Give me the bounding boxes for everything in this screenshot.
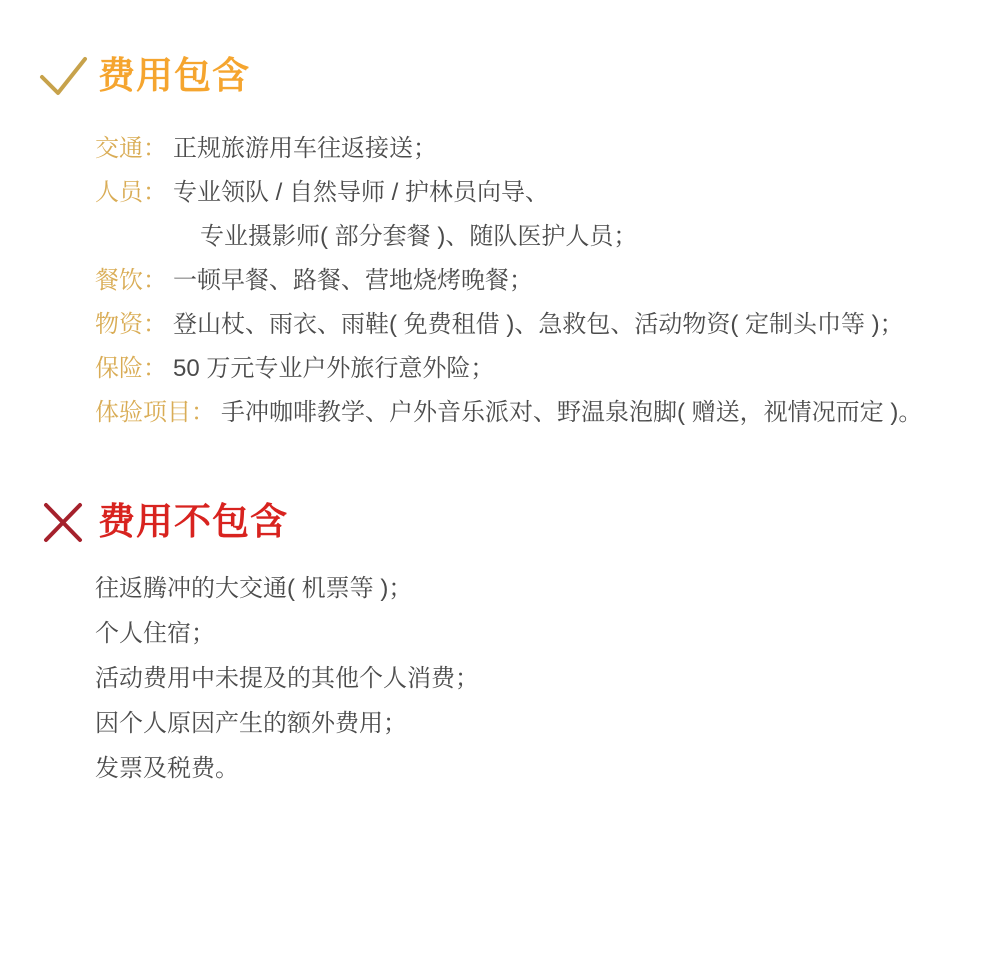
fee-details-page: 费用包含 交通：正规旅游用车往返接送； 人员：专业领队 / 自然导师 / 护林员… <box>0 0 1000 966</box>
fees-included-title: 费用包含 <box>98 52 250 100</box>
fees-included-list: 交通：正规旅游用车往返接送； 人员：专业领队 / 自然导师 / 护林员向导、 专… <box>95 134 960 428</box>
item-text: 50 万元专业户外旅行意外险； <box>173 355 494 382</box>
list-item: 发票及税费。 <box>95 754 960 784</box>
item-text: 登山杖、雨衣、雨鞋( 免费租借 )、急救包、活动物资( 定制头巾等 )； <box>173 311 904 338</box>
list-item: 往返腾冲的大交通( 机票等 )； <box>95 574 960 604</box>
list-item: 活动费用中未提及的其他个人消费； <box>95 664 960 694</box>
item-label: 保险： <box>95 355 167 382</box>
fees-excluded-title: 费用不包含 <box>98 498 288 546</box>
item-label: 人员： <box>95 179 167 206</box>
fees-excluded-list: 往返腾冲的大交通( 机票等 )； 个人住宿； 活动费用中未提及的其他个人消费； … <box>95 574 960 784</box>
list-item: 交通：正规旅游用车往返接送； <box>95 134 960 164</box>
list-item: 个人住宿； <box>95 619 960 649</box>
item-label: 餐饮： <box>95 267 167 294</box>
fees-included-section: 费用包含 交通：正规旅游用车往返接送； 人员：专业领队 / 自然导师 / 护林员… <box>38 52 960 428</box>
check-icon <box>38 53 88 99</box>
item-text: 个人住宿； <box>95 620 215 647</box>
item-text: 专业领队 / 自然导师 / 护林员向导、 <box>173 179 549 206</box>
item-text: 发票及税费。 <box>95 755 239 782</box>
list-item: 体验项目：手冲咖啡教学、户外音乐派对、野温泉泡脚( 赠送，视情况而定 )。 <box>95 398 960 428</box>
list-item-continuation: 专业摄影师( 部分套餐 )、随队医护人员； <box>200 222 960 252</box>
list-item: 人员：专业领队 / 自然导师 / 护林员向导、 <box>95 178 960 208</box>
list-item: 保险：50 万元专业户外旅行意外险； <box>95 354 960 384</box>
list-item: 餐饮：一顿早餐、路餐、营地烧烤晚餐； <box>95 266 960 296</box>
item-label: 体验项目： <box>95 399 215 426</box>
fees-included-header: 费用包含 <box>38 52 960 100</box>
item-text: 正规旅游用车往返接送； <box>173 135 437 162</box>
item-text: 因个人原因产生的额外费用； <box>95 710 407 737</box>
fees-excluded-header: 费用不包含 <box>38 498 960 546</box>
item-text: 专业摄影师( 部分套餐 )、随队医护人员； <box>200 223 637 250</box>
item-text: 往返腾冲的大交通( 机票等 )； <box>95 575 412 602</box>
item-text: 一顿早餐、路餐、营地烧烤晚餐； <box>173 267 533 294</box>
item-label: 交通： <box>95 135 167 162</box>
x-icon <box>38 499 88 545</box>
item-text: 手冲咖啡教学、户外音乐派对、野温泉泡脚( 赠送，视情况而定 )。 <box>221 399 922 426</box>
item-label: 物资： <box>95 311 167 338</box>
list-item: 物资：登山杖、雨衣、雨鞋( 免费租借 )、急救包、活动物资( 定制头巾等 )； <box>95 310 960 340</box>
fees-excluded-section: 费用不包含 往返腾冲的大交通( 机票等 )； 个人住宿； 活动费用中未提及的其他… <box>38 498 960 784</box>
item-text: 活动费用中未提及的其他个人消费； <box>95 665 479 692</box>
list-item: 因个人原因产生的额外费用； <box>95 709 960 739</box>
